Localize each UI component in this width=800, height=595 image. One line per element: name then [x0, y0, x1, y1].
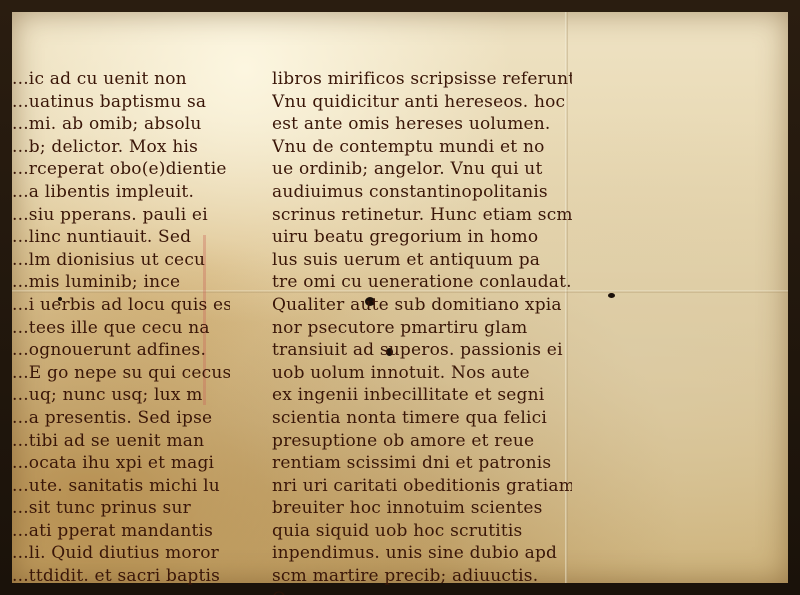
text-line: scientia nonta timere qua felici	[272, 407, 572, 430]
text-line: ...mi. ab omib; absolu	[12, 113, 230, 136]
text-line: ...sit tunc prinus sur	[12, 497, 230, 520]
text-line: ...ognouerunt adfines.	[12, 339, 230, 362]
wormhole	[608, 293, 615, 298]
text-line: ...E go nepe su qui cecus	[12, 362, 230, 385]
text-line: ...a presentis. Sed ipse	[12, 407, 230, 430]
text-line: ...tibi ad se uenit man	[12, 430, 230, 453]
text-line: ...tees ille que cecu na	[12, 317, 230, 340]
text-line: ...rceperat obo(e)dientie	[12, 158, 230, 181]
text-line: est ante omis hereses uolumen.	[272, 113, 572, 136]
text-line: nor psecutore pmartiru glam	[272, 317, 572, 340]
text-line: tre omi cu ueneratione conlaudat.	[272, 271, 572, 294]
text-line: ...uq; nunc usq; lux m	[12, 384, 230, 407]
text-line: scm martire precib; adiuuctis.	[272, 565, 572, 588]
text-line: ue ordinib; angelor. Vnu qui ut	[272, 158, 572, 181]
text-line: ...a libentis impleuit.	[12, 181, 230, 204]
text-line: Vnu quidicitur anti hereseos. hoc	[272, 91, 572, 114]
text-line: uiru beatu gregorium in homo	[272, 226, 572, 249]
text-line: nri uri caritati obeditionis gratiam	[272, 475, 572, 498]
text-line: transiuit ad superos. passionis ei	[272, 339, 572, 362]
text-line: libros mirificos scripsisse referunt.	[272, 68, 572, 91]
text-line: quia siquid uob hoc scrutitis	[272, 520, 572, 543]
text-line: ...mis luminib; ince	[12, 271, 230, 294]
text-line: breuiter hoc innotuim scientes	[272, 497, 572, 520]
partial-text-line: ...	[12, 588, 230, 595]
text-line: ...siu pperans. pauli ei	[12, 204, 230, 227]
text-line: Qualiter aute sub domitiano xpia	[272, 294, 572, 317]
text-line: inpendimus. unis sine dubio apd	[272, 542, 572, 565]
text-line: Vnu de contemptu mundi et no	[272, 136, 572, 159]
text-line: ...lm dionisius ut cecu	[12, 249, 230, 272]
text-line: ex ingenii inbecillitate et segni	[272, 384, 572, 407]
text-line: uob uolum innotuit. Nos aute	[272, 362, 572, 385]
text-line: ...b; delictor. Mox his	[12, 136, 230, 159]
text-line: ...ute. sanitatis michi lu	[12, 475, 230, 498]
right-text-column: libros mirificos scripsisse referunt. Vn…	[272, 68, 572, 595]
text-line: lus suis uerum et antiquum pa	[272, 249, 572, 272]
text-line: audiuimus constantinopolitanis	[272, 181, 572, 204]
text-line: ...linc nuntiauit. Sed	[12, 226, 230, 249]
text-line: ...ttdidit. et sacri baptis	[12, 565, 230, 588]
text-line: ...uatinus baptismu sa	[12, 91, 230, 114]
partial-text-line: Quem ...	[272, 588, 572, 595]
text-line: ...ic ad cu uenit non	[12, 68, 230, 91]
text-line: ...li. Quid diutius moror	[12, 542, 230, 565]
text-line: ...ocata ihu xpi et magi	[12, 452, 230, 475]
text-line: rentiam scissimi dni et patronis	[272, 452, 572, 475]
text-line: ...i uerbis ad locu quis est	[12, 294, 230, 317]
text-line: presuptione ob amore et reue	[272, 430, 572, 453]
left-text-column: ...ic ad cu uenit non ...uatinus baptism…	[12, 68, 230, 595]
text-line: scrinus retinetur. Hunc etiam scm	[272, 204, 572, 227]
text-line: ...ati pperat mandantis	[12, 520, 230, 543]
